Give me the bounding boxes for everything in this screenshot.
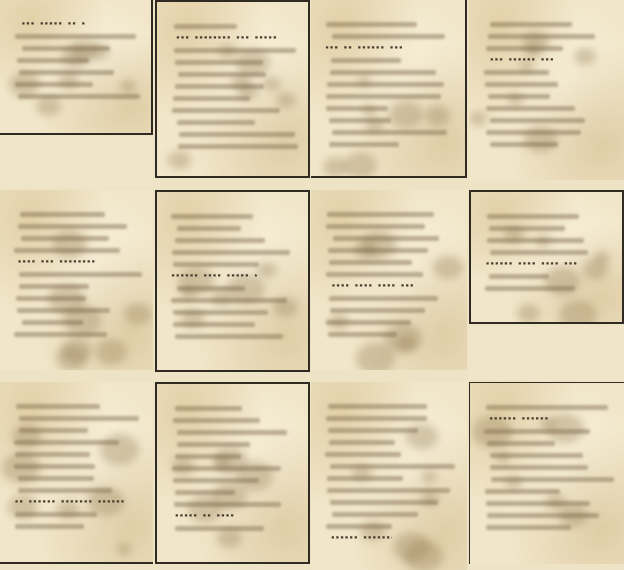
blurred-text-line bbox=[177, 286, 245, 291]
stain bbox=[263, 77, 281, 91]
blurred-text-line bbox=[15, 512, 97, 517]
blurred-text-line bbox=[173, 418, 260, 423]
stain bbox=[469, 111, 487, 126]
blurred-text-line bbox=[330, 500, 438, 505]
blurred-text-line bbox=[177, 226, 241, 231]
stain bbox=[56, 346, 88, 370]
stain bbox=[384, 323, 422, 353]
blurred-text-line bbox=[487, 214, 578, 219]
blurred-text-line bbox=[488, 34, 595, 39]
stain bbox=[124, 303, 152, 326]
blurred-text-line bbox=[14, 248, 119, 253]
blurred-text-line bbox=[18, 476, 94, 481]
blurred-text-line bbox=[17, 308, 110, 313]
blurred-text-line bbox=[484, 429, 590, 434]
blurred-text-line bbox=[173, 96, 250, 101]
blurred-text-line bbox=[174, 48, 296, 53]
parchment-page: ▪▪▪ ▪▪▪▪▪ ▪▪ ▪▪▪▪▪▪ ▪▪▪▪ ▪▪▪▪▪▪▪ bbox=[0, 0, 153, 135]
blurred-text-line bbox=[178, 72, 267, 77]
blurred-text-line bbox=[173, 310, 268, 315]
stain bbox=[36, 96, 61, 116]
stain bbox=[188, 495, 222, 522]
blurred-text-line bbox=[329, 142, 399, 147]
blurred-text-line bbox=[326, 416, 428, 421]
stain bbox=[257, 262, 277, 278]
blurred-text-line bbox=[490, 250, 588, 255]
stain bbox=[100, 434, 139, 465]
blurred-text-line bbox=[328, 404, 427, 409]
blurred-text-line bbox=[327, 488, 450, 493]
blank-region bbox=[0, 137, 153, 188]
stain bbox=[422, 471, 436, 483]
ink-text-line: ▪▪▪▪ ▪▪▪ ▪▪▪▪▪▪▪▪ ▪▪▪▪▪▪▪▪ bbox=[18, 260, 101, 264]
blurred-text-line bbox=[175, 406, 242, 411]
stain bbox=[517, 304, 540, 323]
blurred-text-line bbox=[175, 490, 235, 495]
blurred-text-line bbox=[18, 224, 127, 229]
parchment-page: ▪▪▪ ▪▪▪▪▪▪▪▪ ▪▪▪ ▪▪▪▪▪ ▪▪▪▪▪▪▪ bbox=[155, 0, 310, 178]
parchment-page: ▪▪▪▪▪ ▪▪ ▪▪▪▪ ▪▪▪▪▪ ▪▪▪▪▪▪▪ bbox=[155, 382, 310, 564]
blurred-text-line bbox=[327, 212, 434, 217]
blurred-text-line bbox=[14, 464, 95, 469]
blurred-text-line bbox=[19, 284, 89, 289]
blurred-text-line bbox=[332, 34, 444, 39]
blurred-text-line bbox=[15, 524, 84, 529]
blurred-text-line bbox=[16, 404, 99, 409]
blurred-text-line bbox=[14, 332, 106, 337]
parchment-page: ▪▪▪▪▪▪ ▪▪▪▪ ▪▪▪▪ ▪▪▪▪▪▪ bbox=[469, 190, 624, 324]
blurred-text-line bbox=[15, 452, 90, 457]
blurred-text-line bbox=[491, 477, 614, 482]
blurred-text-line bbox=[326, 320, 411, 325]
parchment-page: ▪▪▪▪▪▪ ▪▪▪▪▪▪▪ bbox=[311, 382, 467, 570]
blurred-text-line bbox=[15, 34, 136, 39]
blurred-text-line bbox=[22, 46, 110, 51]
blurred-text-line bbox=[328, 332, 397, 337]
blurred-text-line bbox=[330, 464, 455, 469]
parchment-page: ▪▪▪▪ ▪▪▪▪ ▪▪▪▪ ▪▪▪ ▪▪ ▪▪▪▪ bbox=[311, 190, 467, 370]
blurred-text-line bbox=[332, 130, 447, 135]
stain bbox=[393, 532, 431, 562]
ink-text-line: ▪▪▪▪▪▪ ▪▪▪▪▪▪▪ bbox=[331, 536, 392, 540]
blurred-text-line bbox=[178, 144, 298, 149]
stain bbox=[217, 528, 242, 548]
blurred-text-line bbox=[486, 130, 580, 135]
blurred-text-line bbox=[329, 260, 411, 265]
blurred-text-line bbox=[330, 308, 425, 313]
blurred-text-line bbox=[175, 454, 242, 459]
blurred-text-line bbox=[490, 118, 585, 123]
blurred-text-line bbox=[486, 501, 590, 506]
blurred-text-line bbox=[487, 513, 599, 518]
blurred-text-line bbox=[328, 428, 418, 433]
blurred-text-line bbox=[329, 296, 438, 301]
blurred-text-line bbox=[19, 272, 141, 277]
ink-text-line: ▪▪▪▪▪▪ ▪▪▪▪ ▪▪▪▪ ▪▪▪▪▪▪ bbox=[486, 262, 578, 266]
parchment-page: ▪▪▪ ▪▪ ▪▪▪▪▪▪ ▪▪▪▪ ▪▪▪▪▪ bbox=[311, 0, 467, 178]
stain bbox=[323, 157, 348, 177]
blurred-text-line bbox=[490, 22, 572, 27]
ink-text-line: ▪▪▪▪▪▪ ▪▪▪▪▪▪ bbox=[489, 417, 606, 421]
blurred-text-line bbox=[326, 524, 392, 529]
stain bbox=[344, 152, 377, 178]
blurred-text-line bbox=[329, 118, 390, 123]
stain bbox=[559, 300, 597, 324]
blurred-text-line bbox=[177, 442, 250, 447]
blurred-text-line bbox=[332, 512, 418, 517]
stain bbox=[117, 543, 131, 554]
blurred-text-line bbox=[486, 46, 563, 51]
ink-text-line: ▪▪▪ ▪▪▪▪▪▪▪▪ ▪▪▪ ▪▪▪▪▪ ▪▪▪▪▪▪▪ bbox=[176, 36, 280, 40]
blurred-text-line bbox=[177, 120, 255, 125]
blurred-text-line bbox=[175, 238, 265, 243]
blurred-text-line bbox=[328, 248, 428, 253]
blurred-text-line bbox=[484, 70, 549, 75]
blurred-text-line bbox=[326, 22, 417, 27]
blurred-text-line bbox=[490, 465, 588, 470]
blurred-text-line bbox=[171, 298, 286, 303]
parchment-page: ▪▪▪▪ ▪▪▪ ▪▪▪▪▪▪▪▪ ▪▪▪▪▪▪▪▪ bbox=[0, 190, 153, 370]
ink-text-line: ▪▪▪ ▪▪ ▪▪▪▪▪▪ ▪▪▪▪ ▪▪▪▪▪ bbox=[325, 46, 402, 50]
blurred-text-line bbox=[22, 320, 83, 325]
ink-text-line: ▪▪▪ ▪▪▪▪▪▪ ▪▪▪▪ ▪▪▪▪▪ ▪▪▪▪ bbox=[490, 58, 555, 62]
blurred-text-line bbox=[14, 440, 119, 445]
blurred-text-line bbox=[327, 476, 403, 481]
blurred-text-line bbox=[15, 82, 93, 87]
stain bbox=[594, 251, 610, 264]
blurred-text-line bbox=[327, 82, 444, 87]
blurred-text-line bbox=[488, 94, 550, 99]
blurred-text-line bbox=[21, 236, 109, 241]
parchment-page: ▪▪▪▪▪▪ ▪▪▪▪ ▪▪▪▪▪ ▪▪▪▪▪▪ bbox=[155, 190, 310, 372]
blurred-text-line bbox=[172, 466, 281, 471]
parchment-page: ▪▪▪ ▪▪▪▪▪▪ ▪▪▪▪ ▪▪▪▪▪ ▪▪▪▪ bbox=[469, 0, 624, 180]
blurred-text-line bbox=[173, 322, 255, 327]
ink-text-line: ▪▪▪ ▪▪▪▪▪ ▪▪ ▪▪▪▪▪▪ ▪▪▪▪ ▪▪▪▪▪▪▪ bbox=[22, 22, 85, 26]
blurred-text-line bbox=[19, 416, 139, 421]
blurred-text-line bbox=[330, 70, 436, 75]
blurred-text-line bbox=[489, 274, 549, 279]
blurred-text-line bbox=[173, 478, 259, 483]
blurred-text-line bbox=[18, 94, 140, 99]
blurred-text-line bbox=[485, 82, 557, 87]
blurred-text-line bbox=[487, 441, 555, 446]
parchment-page: ▪▪▪▪▪▪ ▪▪▪▪▪▪ bbox=[469, 382, 624, 564]
blurred-text-line bbox=[490, 453, 583, 458]
blurred-text-line bbox=[490, 142, 558, 147]
blurred-text-line bbox=[486, 405, 608, 410]
ink-text-line: ▪▪▪▪ ▪▪▪▪ ▪▪▪▪ ▪▪▪ ▪▪ ▪▪▪▪ bbox=[332, 284, 418, 288]
blurred-text-line bbox=[174, 24, 237, 29]
stain bbox=[168, 151, 191, 169]
stain bbox=[95, 339, 127, 365]
blurred-text-line bbox=[326, 272, 423, 277]
blurred-text-line bbox=[485, 489, 560, 494]
blurred-text-line bbox=[18, 488, 112, 493]
blurred-text-line bbox=[333, 236, 440, 241]
stain bbox=[545, 267, 580, 295]
blurred-text-line bbox=[172, 108, 280, 113]
blurred-text-line bbox=[329, 440, 395, 445]
blurred-text-line bbox=[174, 502, 281, 507]
blurred-text-line bbox=[171, 214, 252, 219]
blank-region bbox=[469, 326, 624, 380]
blurred-text-line bbox=[489, 226, 565, 231]
blurred-text-line bbox=[16, 296, 87, 301]
parchment-page: ▪▪ ▪▪▪▪▪▪ ▪▪▪▪▪▪▪ ▪▪▪▪▪▪ bbox=[0, 382, 153, 564]
stain bbox=[433, 256, 462, 279]
blurred-text-line bbox=[17, 58, 89, 63]
blurred-text-line bbox=[487, 238, 584, 243]
blurred-text-line bbox=[175, 526, 264, 531]
blurred-text-line bbox=[19, 428, 88, 433]
blurred-text-line bbox=[175, 334, 283, 339]
blurred-text-line bbox=[179, 132, 295, 137]
blurred-text-line bbox=[486, 106, 575, 111]
stain bbox=[120, 80, 136, 93]
blurred-text-line bbox=[326, 94, 441, 99]
stain bbox=[574, 48, 596, 65]
ink-text-line: ▪▪▪▪▪▪ ▪▪▪▪ ▪▪▪▪▪ ▪▪▪▪▪▪ bbox=[171, 274, 256, 278]
blurred-text-line bbox=[20, 212, 105, 217]
blurred-text-line bbox=[326, 106, 388, 111]
stain bbox=[425, 105, 451, 126]
blurred-text-line bbox=[172, 250, 291, 255]
blurred-text-line bbox=[173, 262, 259, 267]
blurred-text-line bbox=[175, 60, 263, 65]
blurred-text-line bbox=[485, 286, 575, 291]
stain bbox=[389, 101, 422, 128]
blurred-text-line bbox=[19, 70, 114, 75]
blurred-text-line bbox=[175, 84, 264, 89]
stain bbox=[276, 92, 296, 108]
blurred-text-line bbox=[331, 58, 401, 63]
ink-text-line: ▪▪▪▪▪ ▪▪ ▪▪▪▪ ▪▪▪▪▪ ▪▪▪▪▪▪▪ bbox=[175, 514, 237, 518]
blurred-text-line bbox=[177, 430, 288, 435]
blurred-text-line bbox=[486, 525, 571, 530]
blurred-text-line bbox=[325, 452, 401, 457]
ink-text-line: ▪▪ ▪▪▪▪▪▪ ▪▪▪▪▪▪▪ ▪▪▪▪▪▪ bbox=[15, 500, 134, 504]
blurred-text-line bbox=[326, 224, 425, 229]
stain bbox=[52, 230, 88, 258]
